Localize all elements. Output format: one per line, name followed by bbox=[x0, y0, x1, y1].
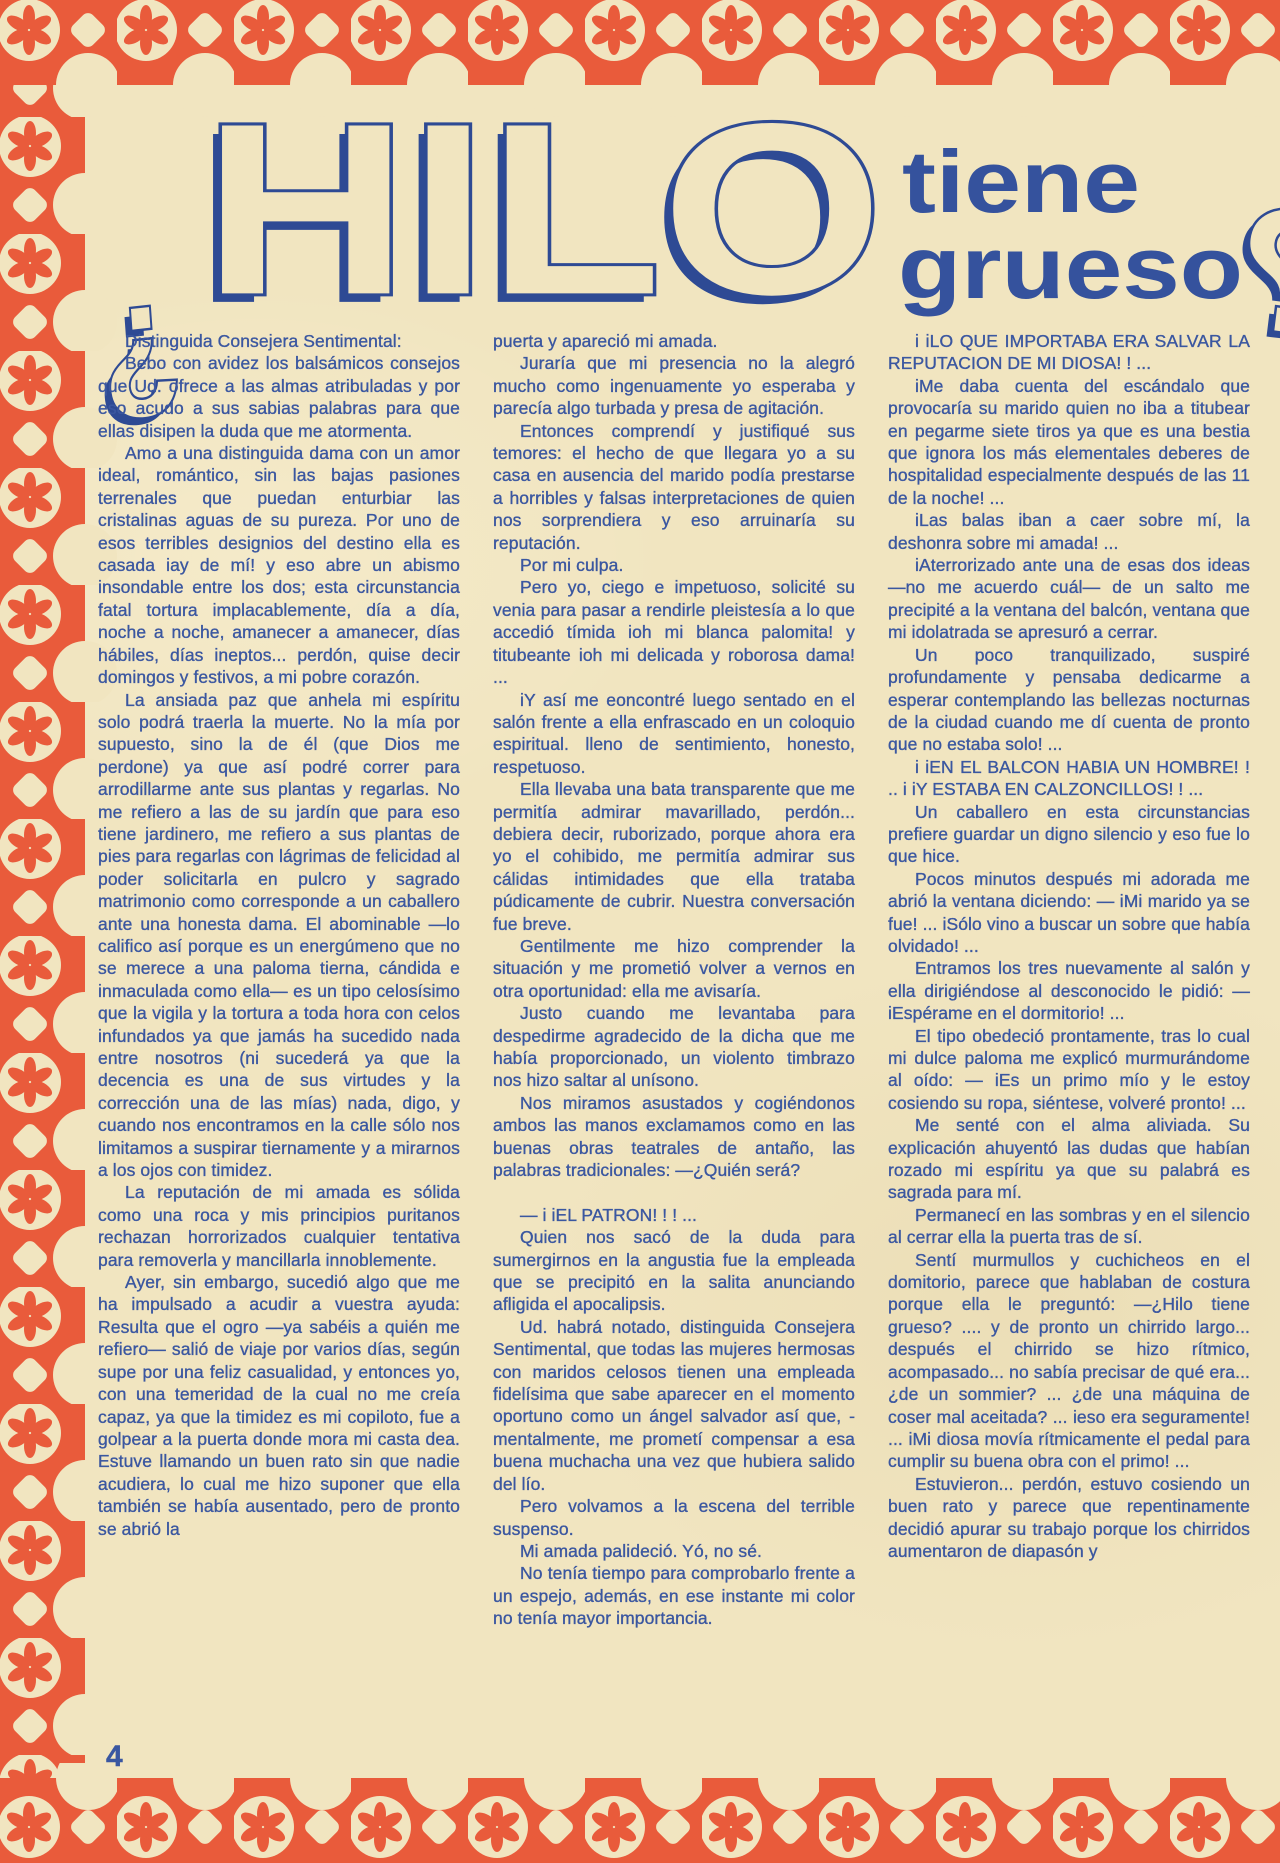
paragraph: i iLO QUE IMPORTABA ERA SALVAR LA REPUTA… bbox=[888, 330, 1250, 375]
paragraph: Ud. habrá notado, distinguida Consejera … bbox=[493, 1316, 855, 1495]
paragraph: iY así me eoncontré luego sentado en el … bbox=[493, 689, 855, 779]
paragraph: iMe daba cuenta del escándalo que provoc… bbox=[888, 375, 1250, 509]
magazine-page: ¿ ¿ HILO HILO tiene grueso ? ? Distingui… bbox=[0, 0, 1280, 1863]
paragraph: Mi amada palideció. Yó, no sé. bbox=[493, 1540, 855, 1562]
paragraph: Bebo con avidez los balsámicos consejos … bbox=[98, 352, 460, 442]
paragraph bbox=[493, 1181, 855, 1203]
page-number: 4 bbox=[106, 1740, 123, 1774]
paragraph: i iEN EL BALCON HABIA UN HOMBRE! ! .. i … bbox=[888, 756, 1250, 801]
paragraph: No tenía tiempo para comprobarlo frente … bbox=[493, 1562, 855, 1629]
paragraph: — i iEL PATRON! ! ! ... bbox=[493, 1204, 855, 1226]
paragraph: Permanecí en las sombras y en el silenci… bbox=[888, 1204, 1250, 1249]
paragraph: Pero yo, ciego e impetuoso, solicité su … bbox=[493, 576, 855, 688]
paragraph: Pocos minutos después mi adorada me abri… bbox=[888, 868, 1250, 958]
paragraph: Amo a una distinguida dama con un amor i… bbox=[98, 442, 460, 688]
text-column-2: puerta y apareció mi amada.Juraría que m… bbox=[493, 330, 855, 1630]
paragraph: puerta y apareció mi amada. bbox=[493, 330, 855, 352]
paragraph: Pero volvamos a la escena del terrible s… bbox=[493, 1495, 855, 1540]
paragraph: iLas balas iban a caer sobre mí, la desh… bbox=[888, 509, 1250, 554]
paragraph: Sentí murmullos y cuchicheos en el domit… bbox=[888, 1249, 1250, 1473]
paragraph: Gentilmente me hizo comprender la situac… bbox=[493, 935, 855, 1002]
paragraph: Distinguida Consejera Sentimental: bbox=[98, 330, 460, 352]
paragraph: Entramos los tres nuevamente al salón y … bbox=[888, 957, 1250, 1024]
paragraph: Un caballero en esta circunstancias pref… bbox=[888, 801, 1250, 868]
title-word-tiene: tiene bbox=[902, 132, 1140, 231]
paragraph: Ella llevaba una bata transparente que m… bbox=[493, 778, 855, 935]
paragraph: Nos miramos asustados y cogiéndonos ambo… bbox=[493, 1092, 855, 1182]
paragraph: Juraría que mi presencia no la alegró mu… bbox=[493, 352, 855, 419]
text-column-3: i iLO QUE IMPORTABA ERA SALVAR LA REPUTA… bbox=[888, 330, 1250, 1630]
paragraph: Quien nos sacó de la duda para sumergirn… bbox=[493, 1226, 855, 1316]
paragraph: La reputación de mi amada es sólida como… bbox=[98, 1181, 460, 1271]
title-word-grueso: grueso bbox=[898, 218, 1243, 317]
paragraph: La ansiada paz que anhela mi espíritu so… bbox=[98, 689, 460, 1182]
article-title: ¿ ¿ HILO HILO tiene grueso ? ? bbox=[88, 92, 1268, 342]
title-word-hilo: HILO bbox=[203, 73, 883, 345]
text-column-1: Distinguida Consejera Sentimental:Bebo c… bbox=[98, 330, 460, 1630]
article-body: Distinguida Consejera Sentimental:Bebo c… bbox=[98, 330, 1250, 1630]
paragraph: El tipo obedeció prontamente, tras lo cu… bbox=[888, 1025, 1250, 1115]
paragraph: Me senté con el alma aliviada. Su explic… bbox=[888, 1114, 1250, 1204]
paragraph: iAterrorizado ante una de esas dos ideas… bbox=[888, 554, 1250, 644]
paragraph: Ayer, sin embargo, sucedió algo que me h… bbox=[98, 1271, 460, 1540]
paragraph: Entonces comprendí y justifiqué sus temo… bbox=[493, 420, 855, 554]
paragraph: Un poco tranquilizado, suspiré profundam… bbox=[888, 644, 1250, 756]
paragraph: Estuvieron... perdón, estuvo cosiendo un… bbox=[888, 1473, 1250, 1563]
paragraph: Justo cuando me levantaba para despedirm… bbox=[493, 1002, 855, 1092]
decorative-border-bottom bbox=[0, 1763, 1280, 1863]
paragraph: Por mi culpa. bbox=[493, 554, 855, 576]
